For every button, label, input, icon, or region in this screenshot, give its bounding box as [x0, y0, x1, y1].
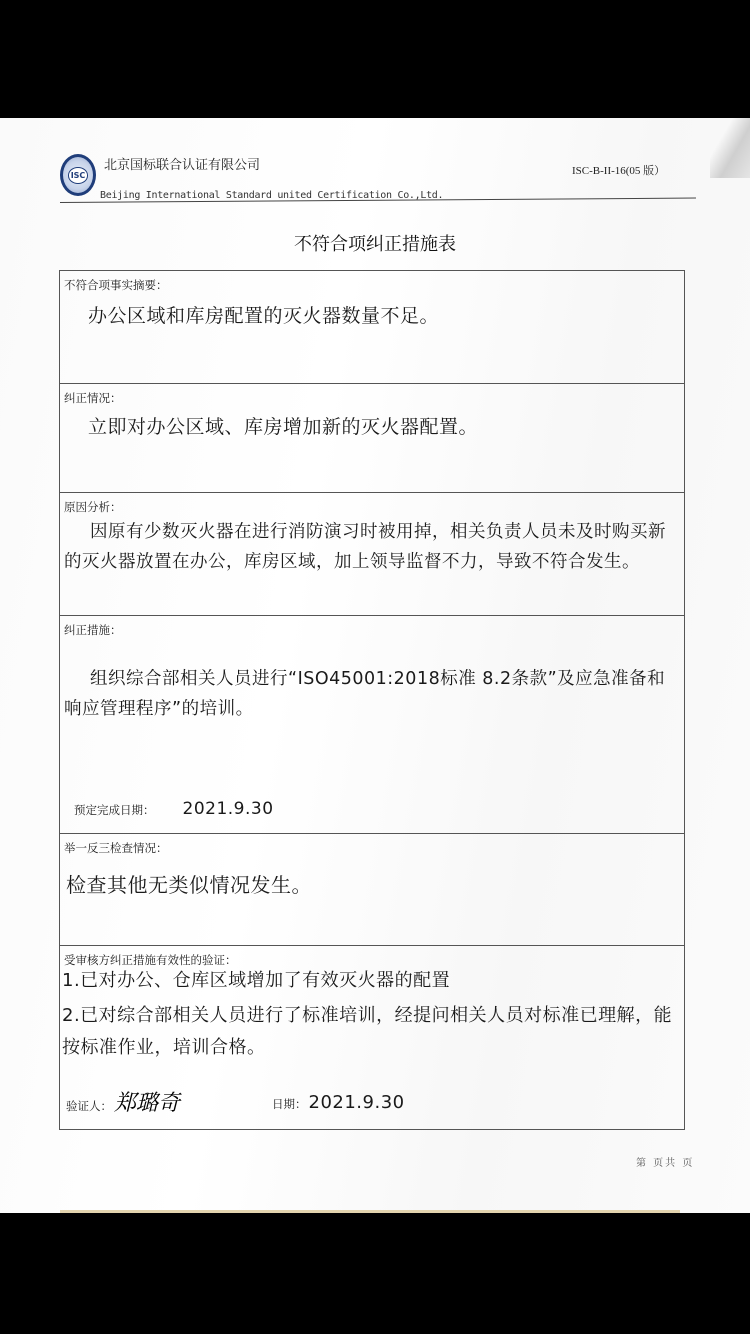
- handwritten-content: 办公区域和库房配置的灭火器数量不足。: [88, 301, 439, 331]
- document-page: ISC 北京国标联合认证有限公司 Beijing International S…: [0, 118, 750, 1213]
- section-corrective-action: 纠正措施： 组织综合部相关人员进行“ISO45001:2018标准 8.2条款”…: [60, 616, 684, 834]
- section-label: 纠正情况：: [64, 390, 122, 406]
- section-effectiveness-verification: 受审核方纠正措施有效性的验证： 1.已对办公、仓库区域增加了有效灭火器的配置 2…: [60, 946, 684, 1129]
- due-date-value: 2021.9.30: [157, 794, 274, 824]
- section-label: 纠正措施：: [64, 622, 122, 638]
- section-similar-check: 举一反三检查情况： 检查其他无类似情况发生。: [60, 834, 684, 946]
- section-correction: 纠正情况： 立即对办公区域、库房增加新的灭火器配置。: [60, 384, 684, 493]
- verifier-label: 验证人：: [66, 1098, 112, 1114]
- due-date-label: 预定完成日期：: [74, 802, 155, 818]
- page-number: 第 页共 页: [636, 1154, 694, 1169]
- company-name-cn: 北京国标联合认证有限公司: [104, 154, 260, 173]
- verification-date-field: 日期： 2021.9.30: [272, 1088, 405, 1118]
- section-label: 原因分析：: [64, 499, 122, 515]
- document-code: ISC-B-II-16(05 版）: [572, 162, 665, 178]
- logo-text: ISC: [68, 167, 89, 184]
- verifier-field: 验证人： 郑璐奇: [66, 1086, 180, 1117]
- section-nonconformity-fact: 不符合项事实摘要： 办公区域和库房配置的灭火器数量不足。: [60, 271, 684, 384]
- page-curl-shadow: [710, 118, 750, 178]
- section-cause-analysis: 原因分析： 因原有少数灭火器在进行消防演习时被用掉，相关负责人员未及时购买新的灭…: [60, 493, 684, 616]
- date-label: 日期：: [272, 1096, 307, 1112]
- verification-item-1: 1.已对办公、仓库区域增加了有效灭火器的配置: [62, 966, 450, 996]
- section-label: 不符合项事实摘要：: [64, 277, 168, 293]
- isc-logo-icon: ISC: [60, 154, 96, 196]
- page-edge: [60, 1210, 680, 1213]
- handwritten-content: 检查其他无类似情况发生。: [66, 870, 312, 900]
- section-label: 举一反三检查情况：: [64, 840, 168, 856]
- handwritten-content: 立即对办公区域、库房增加新的灭火器配置。: [88, 412, 478, 442]
- page-title: 不符合项纠正措施表: [0, 230, 750, 256]
- handwritten-content: 组织综合部相关人员进行“ISO45001:2018标准 8.2条款”及应急准备和…: [64, 664, 680, 724]
- due-date-field: 预定完成日期： 2021.9.30: [74, 794, 274, 824]
- date-value: 2021.9.30: [309, 1088, 405, 1118]
- corrective-action-form: 不符合项事实摘要： 办公区域和库房配置的灭火器数量不足。 纠正情况： 立即对办公…: [59, 270, 685, 1130]
- handwritten-content: 因原有少数灭火器在进行消防演习时被用掉，相关负责人员未及时购买新的灭火器放置在办…: [64, 517, 680, 577]
- verifier-signature: 郑璐奇: [114, 1086, 180, 1117]
- verification-item-2: 2.已对综合部相关人员进行了标准培训，经提问相关人员对标准已理解，能按标准作业，…: [62, 1000, 682, 1064]
